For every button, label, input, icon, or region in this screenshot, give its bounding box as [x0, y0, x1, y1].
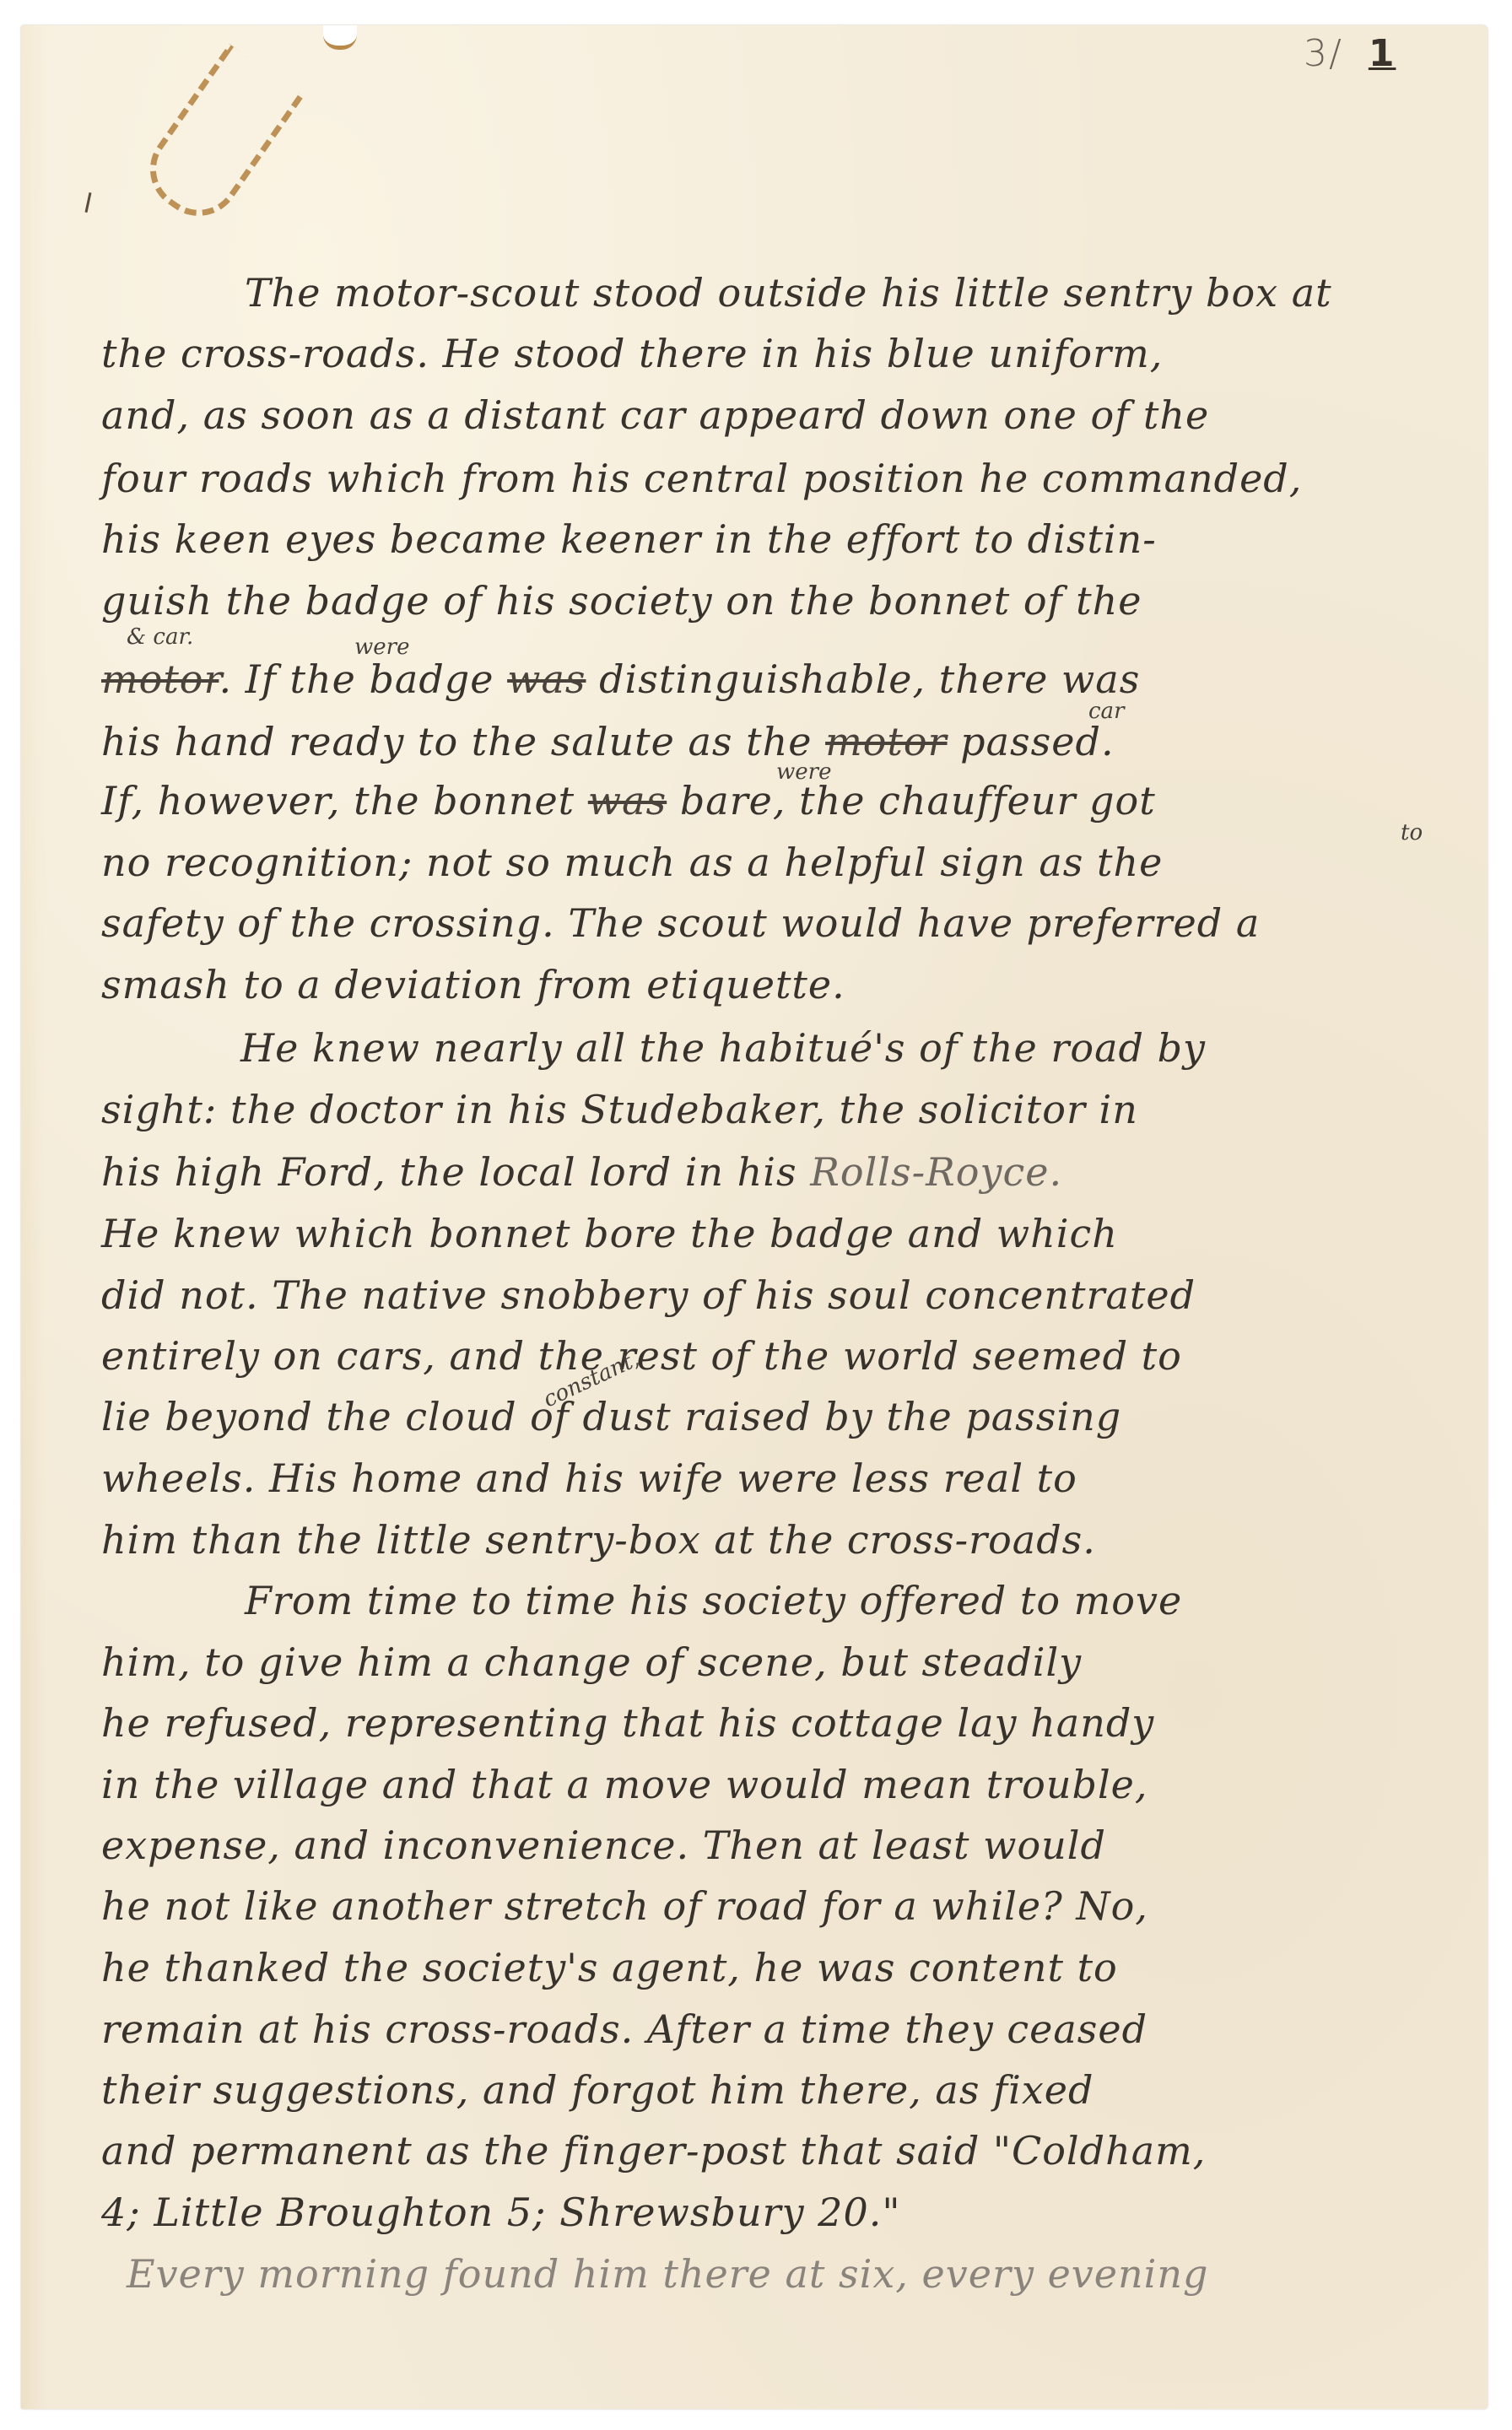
ms-line-18: entirely on cars, and the rest of the wo…: [101, 1333, 1182, 1379]
struck-word-was: was: [507, 656, 586, 702]
ms-line-17: did not. The native snobbery of his soul…: [101, 1272, 1196, 1318]
page-number: 3/1: [1304, 32, 1396, 75]
folio-number: 3/: [1304, 32, 1343, 75]
ms-line-22: From time to time his society offered to…: [245, 1578, 1182, 1623]
ms-line-4: four roads which from his central positi…: [101, 456, 1302, 501]
ms-line-2: the cross-roads. He stood there in his b…: [101, 331, 1163, 376]
rolls-royce-text: Rolls-Royce.: [810, 1149, 1062, 1195]
ms-line-1: The motor-scout stood outside his little…: [245, 270, 1332, 316]
ms-line-14: sight: the doctor in his Studebaker, the…: [101, 1087, 1138, 1132]
insertion-to: to: [1401, 820, 1423, 845]
ms-line-33: Every morning found him there at six, ev…: [127, 2251, 1208, 2297]
ms-line-19: lie beyond the cloud of dust raised by t…: [101, 1394, 1121, 1439]
ms-line-25: in the village and that a move would mea…: [101, 1762, 1148, 1807]
sheet-number: 1: [1369, 32, 1396, 75]
struck-word-motor: motor: [101, 656, 219, 702]
struck-word-was-2: was: [588, 778, 667, 823]
insertion-car: & car.: [127, 624, 193, 650]
ms-line-3: and, as soon as a distant car appeard do…: [101, 392, 1209, 438]
ms-line-7: motor. If the badge was distinguishable,…: [101, 656, 1140, 702]
ms-line-23: him, to give him a change of scene, but …: [101, 1639, 1082, 1685]
ms-line-29: remain at his cross-roads. After a time …: [101, 2006, 1147, 2052]
ms-line-26: expense, and inconvenience. Then at leas…: [101, 1822, 1106, 1868]
ms-line-31: and permanent as the finger-post that sa…: [101, 2128, 1206, 2173]
ms-line-32: 4; Little Broughton 5; Shrewsbury 20.": [101, 2190, 901, 2235]
ms-line-10: no recognition; not so much as a helpful…: [101, 840, 1163, 885]
ms-line-5: his keen eyes became keener in the effor…: [101, 516, 1157, 562]
ms-line-11: safety of the crossing. The scout would …: [101, 900, 1260, 946]
ms-line-30: their suggestions, and forgot him there,…: [101, 2067, 1093, 2113]
ms-line-9: If, however, the bonnet was bare, the ch…: [101, 778, 1156, 823]
ms-line-6: guish the badge of his society on the bo…: [101, 578, 1142, 624]
ms-line-20: wheels. His home and his wife were less …: [101, 1455, 1077, 1501]
ms-line-8: his hand ready to the salute as the moto…: [101, 719, 1115, 764]
ms-line-15: his high Ford, the local lord in his Rol…: [101, 1149, 1062, 1195]
ms-line-12: smash to a deviation from etiquette.: [101, 962, 845, 1007]
ms-line-13: He knew nearly all the habitué's of the …: [240, 1025, 1206, 1071]
struck-word-motor-2: motor: [825, 719, 947, 764]
ms-line-16: He knew which bonnet bore the badge and …: [101, 1211, 1118, 1256]
ms-line-21: him than the little sentry-box at the cr…: [101, 1517, 1096, 1563]
ms-line-27: he not like another stretch of road for …: [101, 1883, 1148, 1929]
ms-line-24: he refused, representing that his cottag…: [101, 1700, 1154, 1746]
ms-line-28: he thanked the society's agent, he was c…: [101, 1945, 1118, 1990]
